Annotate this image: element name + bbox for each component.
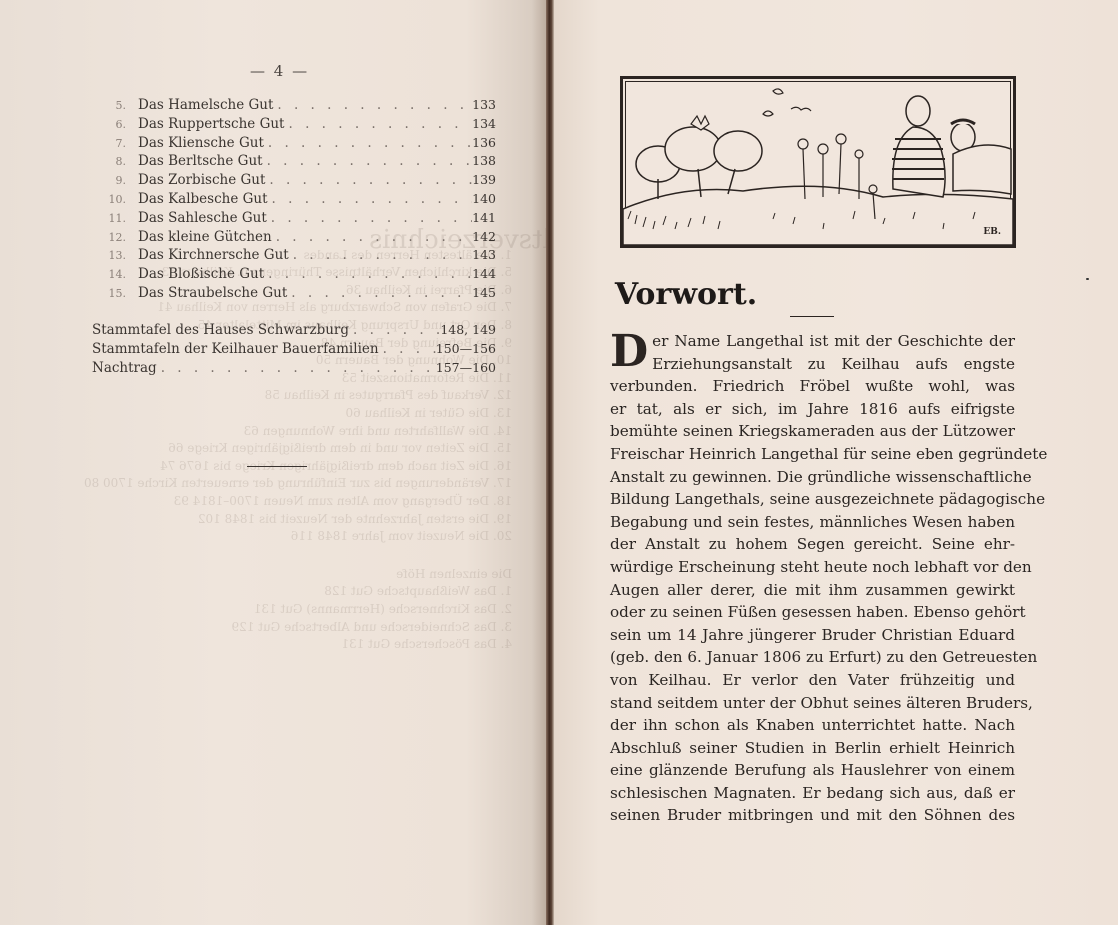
text-line: bemühte seinen Kriegskameraden aus der L… [610,420,1015,443]
text-line: von Keilhau. Er verlor den Vater frühzei… [610,669,1015,692]
text-line: seinen Bruder mitbringen und mit den Söh… [610,804,1015,827]
toc-entry[interactable]: 11.Das Sahlesche Gut141 [92,210,496,229]
leader-dots [272,229,472,245]
toc-entry[interactable]: 13.Das Kirchnersche Gut143 [92,247,496,266]
text-line: Abschluß seiner Studien in Berlin erhiel… [610,737,1015,760]
leader-dots [263,153,473,169]
bleed-through-line: 1. Das Weißhauptsche Gut 128 [92,584,512,598]
toc-entry[interactable]: 8.Das Berltsche Gut138 [92,153,496,172]
bleed-through-line: 20. Die Neuzeit vom Jahre 1848 116 [92,529,512,543]
text-line: der Anstalt zu hohem Segen gereicht. Sei… [610,533,1015,556]
text-line: Bildung Langethals, seine ausgezeichnete… [610,488,1015,511]
bleed-through-line: 13. Die Güter in Keilhau 60 [92,406,512,420]
illustration-signature: EB. [983,227,1001,237]
leader-dots [349,322,440,338]
toc-entry[interactable]: 10.Das Kalbesche Gut140 [92,191,496,210]
left-page: Inhaltsverzeichnis1. Die ältesten Herren… [0,0,548,925]
leader-dots [379,341,436,357]
text-line: oder zu seinen Füßen gesessen haben. Ebe… [610,601,1015,624]
bleed-through-line: 2. Das Kirchnersche (Herrmanns) Gut 131 [92,602,512,616]
bleed-through-line: Die einzelnen Höfe [92,567,512,581]
toc-entry[interactable]: 6.Das Ruppertsche Gut134 [92,116,496,135]
paper-speck [1086,278,1089,280]
text-line: Begabung und sein festes, männliches Wes… [610,511,1015,534]
bleed-through-line: 3. Das Schneidersche und Albertsche Gut … [92,620,512,634]
leader-dots [284,116,472,132]
toc-entry[interactable]: 12.Das kleine Gütchen142 [92,229,496,248]
leader-dots [267,210,472,226]
appendix-list: Stammtafel des Hauses Schwarzburg148, 14… [92,322,496,379]
text-line: eine glänzende Berufung als Hauslehrer v… [610,759,1015,782]
bleed-through-line: 15. Die Zeiten vor und in dem dreißigjäh… [92,441,512,455]
woodcut-illustration: EB. [620,76,1016,248]
text-line: Erziehungsanstalt zu Keilhau aufs engste [610,353,1015,376]
text-line: Freischar Heinrich Langethal für seine e… [610,443,1015,466]
bleed-through-line: 19. Die ersten Jahrzehnte der Neuzeit bi… [92,512,512,526]
page-number: — 4 — [250,62,309,80]
page-title: Vorwort. [0,277,1118,312]
text-line: er tat, als er sich, im Jahre 1816 aufs … [610,398,1015,421]
leader-dots [273,97,472,113]
toc-entry[interactable]: 5.Das Hamelsche Gut133 [92,97,496,116]
text-line: Anstalt zu gewinnen. Die gründliche wiss… [610,466,1015,489]
leader-dots [289,247,472,263]
toc-entry[interactable]: 7.Das Kliensche Gut136 [92,135,496,154]
appendix-entry[interactable]: Stammtafeln der Keilhauer Bauerfamilien1… [92,341,496,360]
bleed-through-line: 14. Die Wallfahrten und ihre Wohnungen 6… [92,424,512,438]
text-line: verbunden. Friedrich Fröbel wußte wohl, … [610,375,1015,398]
leader-dots [268,191,473,207]
preface-text: D er Name Langethal ist mit der Geschich… [610,330,1015,827]
bleed-through-line: 17. Veränderungen bis zur Einführung der… [92,476,512,490]
text-line: stand seitdem unter der Obhut seines ält… [610,692,1015,715]
text-line: der ihn schon als Knaben unterrichtet ha… [610,714,1015,737]
book-spread: Inhaltsverzeichnis1. Die ältesten Herren… [0,0,1118,925]
landscape-figures-icon [623,79,1013,245]
appendix-entry[interactable]: Nachtrag157—160 [92,360,496,379]
text-line: er Name Langethal ist mit der Geschichte… [610,330,1015,353]
appendix-entry[interactable]: Stammtafel des Hauses Schwarzburg148, 14… [92,322,496,341]
drop-cap: D [610,332,648,372]
bleed-through-line: 4. Das Pöschersche Gut 131 [92,637,512,651]
leader-dots [265,172,472,188]
book-gutter [546,0,554,925]
text-line: sein um 14 Jahre jüngerer Bruder Christi… [610,624,1015,647]
bleed-through-line: 18. Der Übergang vom Alten zum Neuen 170… [92,494,512,508]
text-line: würdige Erscheinung steht heute noch leb… [610,556,1015,579]
text-line: Augen aller derer, die mit ihm zusammen … [610,579,1015,602]
text-line: (geb. den 6. Januar 1806 zu Erfurt) zu d… [610,646,1015,669]
title-divider [790,316,834,317]
toc-entry[interactable]: 9.Das Zorbische Gut139 [92,172,496,191]
table-of-contents: 5.Das Hamelsche Gut133 6.Das Ruppertsche… [92,97,496,304]
leader-dots [264,135,472,151]
text-line: schlesischen Magnaten. Er bedang sich au… [610,782,1015,805]
bleed-through-line: 12. Verkauf des Pfarrgutes in Keilhau 58 [92,388,512,402]
leader-dots [157,360,436,376]
section-divider [247,466,307,467]
